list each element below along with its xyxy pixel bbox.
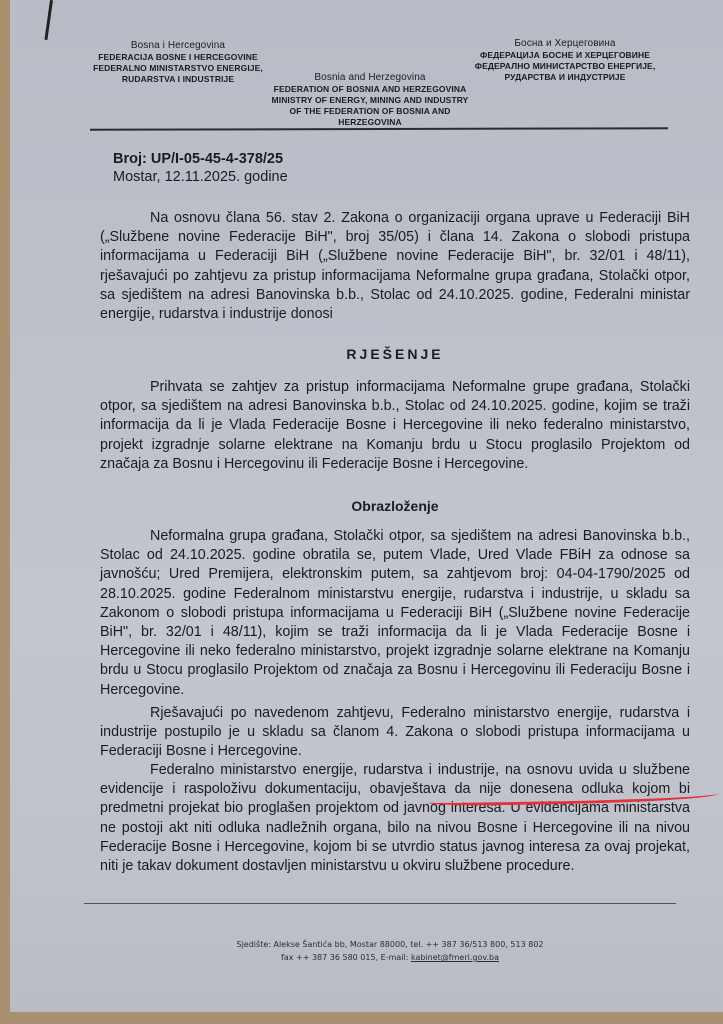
intro-paragraph: Na osnovu člana 56. stav 2. Zakona o org…: [100, 209, 690, 324]
reasoning-paragraph-1: Neformalna grupa građana, Stolački otpor…: [100, 527, 690, 700]
letterhead-entity: FEDERATION OF BOSNIA AND HERZEGOVINA: [260, 84, 480, 95]
email-link[interactable]: kabinet@fmeri.gov.ba: [411, 953, 499, 962]
letterhead-country: Bosna i Hercegovina: [88, 40, 268, 52]
decision-title: RJEŠENJE: [100, 346, 690, 362]
place-date: Mostar, 12.11.2025. godine: [113, 168, 288, 186]
letterhead-english: Bosnia and Herzegovina FEDERATION OF BOS…: [260, 72, 480, 128]
footer-divider: [84, 903, 676, 904]
letterhead-ministry: HERZEGOVINA: [260, 117, 480, 128]
letterhead-ministry: РУДАРСТВА И ИНДУСТРИЈЕ: [465, 72, 665, 83]
header-divider: [90, 127, 668, 131]
footer-contact: fax ++ 387 36 580 015, E-mail: kabinet@f…: [190, 951, 590, 964]
letterhead-entity: ФЕДЕРАЦИЈА БОСНЕ И ХЕРЦЕГОВИНЕ: [465, 50, 665, 61]
letterhead-ministry: RUDARSTVA I INDUSTRIJE: [88, 74, 268, 85]
footer-fax: fax ++ 387 36 580 015, E-mail:: [281, 953, 411, 962]
reasoning-paragraph-2: Rješavajući po navedenom zahtjevu, Feder…: [100, 704, 690, 762]
pen-mark: [44, 0, 53, 40]
letterhead-ministry: MINISTRY OF ENERGY, MINING AND INDUSTRY: [260, 95, 480, 106]
reference-number: Broj: UP/I-05-45-4-378/25: [113, 150, 288, 168]
letterhead-entity: FEDERACIJA BOSNE I HERCEGOVINE: [88, 52, 268, 63]
letterhead-country: Босна и Херцеговина: [465, 38, 665, 50]
letterhead-ministry: ФЕДЕРАЛНО МИНИСТАРСТВО ЕНЕРГИЈЕ,: [465, 61, 665, 72]
footer: Sjedište: Alekse Šantića bb, Mostar 8800…: [190, 938, 590, 964]
reasoning-paragraph-3: Federalno ministarstvo energije, rudarst…: [100, 761, 690, 876]
letterhead-ministry: FEDERALNO MINISTARSTVO ENERGIJE,: [88, 63, 268, 74]
footer-address: Sjedište: Alekse Šantića bb, Mostar 8800…: [190, 938, 590, 951]
reasoning-title: Obrazloženje: [100, 498, 690, 514]
decision-text: Prihvata se zahtjev za pristup informaci…: [100, 378, 690, 474]
letterhead-ministry: OF THE FEDERATION OF BOSNIA AND: [260, 106, 480, 117]
letterhead-cyrillic: Босна и Херцеговина ФЕДЕРАЦИЈА БОСНЕ И Х…: [465, 38, 665, 83]
letterhead-country: Bosnia and Herzegovina: [260, 72, 480, 84]
document-reference: Broj: UP/I-05-45-4-378/25 Mostar, 12.11.…: [113, 150, 288, 186]
letterhead-bosnian: Bosna i Hercegovina FEDERACIJA BOSNE I H…: [88, 40, 268, 85]
document-page: Bosna i Hercegovina FEDERACIJA BOSNE I H…: [10, 0, 723, 1012]
